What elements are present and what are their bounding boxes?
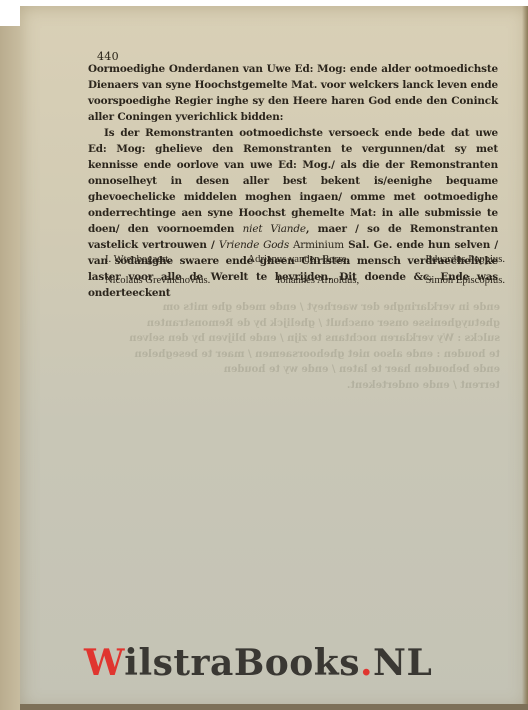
roman-arminium: Arminium <box>289 239 344 251</box>
wilstrabooks-watermark: WilstraBooks.NL <box>84 642 432 684</box>
signature-poppius: Eduardus Poppius. <box>426 254 505 265</box>
watermark-name: ilstraBooks <box>124 642 360 684</box>
page-bottom-edge <box>20 704 528 710</box>
page-right-edge <box>522 6 528 710</box>
italic-niet-viande: niet Viande <box>243 223 306 235</box>
italic-vriende-gods: Vriende Gods <box>219 239 289 251</box>
page-body-text: Oormoedighe Onderdanen van Uwe Ed: Mog: … <box>88 61 498 301</box>
watermark-dot: . <box>360 642 373 684</box>
signature-row-1: I. Wtenbogaert, Adrianus vanden Borre, E… <box>105 254 505 265</box>
paragraph-closing-address: Oormoedighe Onderdanen van Uwe Ed: Mog: … <box>88 61 498 125</box>
petition-tail-pre: voornoemden <box>157 223 243 235</box>
signature-row-2: Nicolaus Grevinchovius. Iohannes Arnoldu… <box>105 275 505 286</box>
watermark-first-letter: W <box>84 642 124 684</box>
signature-wtenbogaert: I. Wtenbogaert, <box>105 254 171 265</box>
signature-episcopius: Simon Episcopius. <box>426 275 505 286</box>
petition-text: Is der Remonstranten ootmoedichste verso… <box>88 127 498 235</box>
watermark-tld: NL <box>373 642 432 684</box>
signature-vanden-borre: Adrianus vanden Borre, <box>248 254 350 265</box>
signature-grevinchovius: Nicolaus Grevinchovius. <box>105 275 210 286</box>
bleed-through-text: ende in verklaringhe der waerheyt / ende… <box>100 300 500 393</box>
signature-arnoldus: Iohannes Arnoldus, <box>277 275 359 286</box>
